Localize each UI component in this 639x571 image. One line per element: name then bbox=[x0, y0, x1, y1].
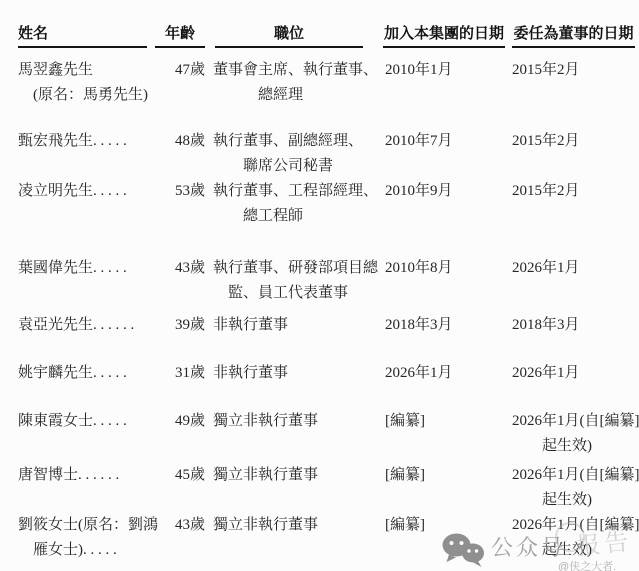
age-cell: 48歲 bbox=[153, 129, 208, 179]
appointed-date-cell: 2026年1月(自[編纂] 起生效) bbox=[509, 463, 639, 513]
name-cell: 袁亞光先生. . . . . . bbox=[18, 313, 153, 338]
age-cell: 49歲 bbox=[153, 409, 208, 459]
table-header-row: 姓名 年齡 職位 加入本集團的日期 委任為董事的日期 bbox=[18, 26, 639, 48]
header-name: 姓名 bbox=[18, 26, 153, 48]
watermark-handle: @侠之大者. bbox=[558, 558, 616, 571]
name-cell: 凌立明先生. . . . . bbox=[18, 179, 153, 229]
appointed-date-cell: 2015年2月 bbox=[509, 58, 639, 108]
position-cell: 董事會主席、執行董事、 總經理 bbox=[208, 58, 380, 108]
name-cell: 葉國偉先生. . . . . bbox=[18, 256, 153, 306]
joined-date-cell: 2010年9月 bbox=[380, 179, 509, 229]
watermark-faint-text: 报告 bbox=[574, 521, 633, 562]
name-cell: 馬翌鑫先生 (原名：馬勇先生) bbox=[18, 58, 153, 108]
table-row: 甄宏飛先生. . . . . 48歲 執行董事、副總經理、 聯席公司秘書 201… bbox=[18, 129, 639, 179]
position-cell: 獨立非執行董事 bbox=[208, 463, 380, 513]
age-cell: 43歲 bbox=[153, 513, 208, 563]
name-cell: 陳東霞女士. . . . . bbox=[18, 409, 153, 459]
header-joined-date: 加入本集團的日期 bbox=[380, 26, 509, 48]
age-cell: 43歲 bbox=[153, 256, 208, 306]
age-cell: 39歲 bbox=[153, 313, 208, 338]
table-row: 袁亞光先生. . . . . . 39歲 非執行董事 2018年3月 2018年… bbox=[18, 313, 639, 338]
header-joined-date-label: 加入本集團的日期 bbox=[383, 26, 505, 48]
age-cell: 45歲 bbox=[153, 463, 208, 513]
appointed-date-cell: 2018年3月 bbox=[509, 313, 639, 338]
name-cell: 唐智博士. . . . . . bbox=[18, 463, 153, 513]
name-cell: 姚宇麟先生. . . . . bbox=[18, 361, 153, 386]
header-name-label: 姓名 bbox=[18, 26, 147, 48]
directors-table: 姓名 年齡 職位 加入本集團的日期 委任為董事的日期 馬翌鑫先生 (原名：馬勇先… bbox=[0, 0, 639, 563]
header-position: 職位 bbox=[208, 26, 380, 48]
position-cell: 執行董事、研發部項目總 監、員工代表董事 bbox=[208, 256, 380, 306]
appointed-date-cell: 2015年2月 bbox=[509, 129, 639, 179]
joined-date-cell: [編纂] bbox=[380, 409, 509, 459]
appointed-date-cell: 2015年2月 bbox=[509, 179, 639, 229]
appointed-date-cell: 2026年1月 bbox=[509, 361, 639, 386]
position-cell: 執行董事、工程部經理、 總工程師 bbox=[208, 179, 380, 229]
header-appointed-date-label: 委任為董事的日期 bbox=[512, 26, 635, 48]
joined-date-cell: [編纂] bbox=[380, 463, 509, 513]
wechat-icon bbox=[441, 532, 485, 568]
age-cell: 53歲 bbox=[153, 179, 208, 229]
position-cell: 執行董事、副總經理、 聯席公司秘書 bbox=[208, 129, 380, 179]
position-cell: 非執行董事 bbox=[208, 361, 380, 386]
appointed-date-cell: 2026年1月 bbox=[509, 256, 639, 306]
table-row: 唐智博士. . . . . . 45歲 獨立非執行董事 [編纂] 2026年1月… bbox=[18, 463, 639, 513]
age-cell: 47歲 bbox=[153, 58, 208, 108]
position-cell: 獨立非執行董事 bbox=[208, 409, 380, 459]
table-row: 陳東霞女士. . . . . 49歲 獨立非執行董事 [編纂] 2026年1月(… bbox=[18, 409, 639, 459]
table-row: 凌立明先生. . . . . 53歲 執行董事、工程部經理、 總工程師 2010… bbox=[18, 179, 639, 229]
joined-date-cell: 2018年3月 bbox=[380, 313, 509, 338]
position-cell: 獨立非執行董事 bbox=[208, 513, 380, 563]
joined-date-cell: 2010年8月 bbox=[380, 256, 509, 306]
header-position-label: 職位 bbox=[215, 26, 363, 48]
joined-date-cell: 2026年1月 bbox=[380, 361, 509, 386]
header-appointed-date: 委任為董事的日期 bbox=[509, 26, 639, 48]
joined-date-cell: 2010年7月 bbox=[380, 129, 509, 179]
header-age-label: 年齡 bbox=[155, 26, 205, 48]
table-row: 葉國偉先生. . . . . 43歲 執行董事、研發部項目總 監、員工代表董事 … bbox=[18, 256, 639, 306]
age-cell: 31歲 bbox=[153, 361, 208, 386]
name-cell: 甄宏飛先生. . . . . bbox=[18, 129, 153, 179]
table-row: 姚宇麟先生. . . . . 31歲 非執行董事 2026年1月 2026年1月 bbox=[18, 361, 639, 386]
appointed-date-cell: 2026年1月(自[編纂] 起生效) bbox=[509, 409, 639, 459]
name-cell: 劉筱女士(原名：劉鴻 雁女士). . . . . bbox=[18, 513, 153, 563]
table-row: 馬翌鑫先生 (原名：馬勇先生) 47歲 董事會主席、執行董事、 總經理 2010… bbox=[18, 58, 639, 108]
joined-date-cell: 2010年1月 bbox=[380, 58, 509, 108]
watermark: 公众号 报告 @侠之大者. bbox=[438, 516, 639, 571]
header-age: 年齡 bbox=[153, 26, 208, 48]
position-cell: 非執行董事 bbox=[208, 313, 380, 338]
